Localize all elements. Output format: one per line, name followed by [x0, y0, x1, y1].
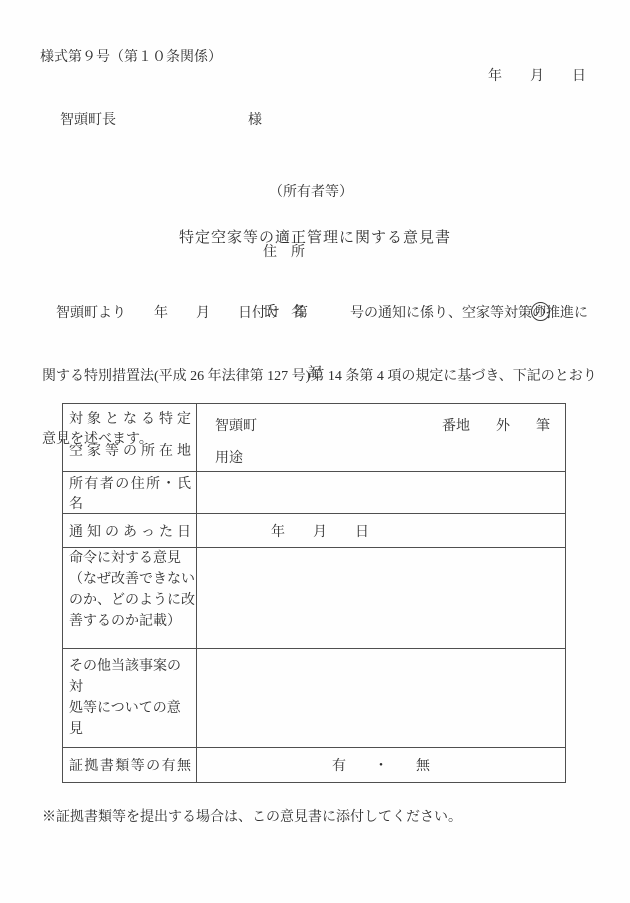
footnote: ※証拠書類等を提出する場合は、この意見書に添付してください。	[42, 806, 462, 826]
location-label-line2: 空家等の所在地	[69, 436, 191, 468]
order-opinion-label-line4: 善するのか記載）	[69, 611, 191, 632]
lot-suffix-group: 番地 外 筆	[442, 411, 550, 443]
order-opinion-value-cell	[197, 548, 565, 649]
notification-date-value-cell: 年 月 日	[197, 514, 565, 548]
evidence-value-cell: 有 ・ 無	[197, 748, 565, 782]
form-number: 様式第９号（第１０条関係）	[40, 46, 222, 66]
record-mark: 記	[0, 362, 630, 382]
addressee-honorific: 様	[248, 109, 262, 129]
addressee-line: 智頭町長 様	[60, 109, 262, 129]
order-opinion-label-line1: 命令に対する意見	[69, 548, 191, 569]
body-line-1: 智頭町より 年 月 日付け 第 号の通知に係り、空家等対策の推進に	[42, 303, 590, 324]
document-title: 特定空家等の適正管理に関する意見書	[0, 226, 630, 247]
evidence-label: 証拠書類等の有無	[69, 755, 191, 775]
parcel-count-label: 筆	[536, 411, 550, 443]
other-lots-label: 外	[496, 411, 510, 443]
order-opinion-label-cell: 命令に対する意見 （なぜ改善できない のか、どのように改 善するのか記載）	[63, 548, 197, 649]
lot-number-label: 番地	[442, 411, 470, 443]
other-opinion-label-line1: その他当該事案の対	[69, 656, 191, 698]
evidence-label-cell: 証拠書類等の有無	[63, 748, 197, 782]
order-opinion-label-line3: のか、どのように改	[69, 590, 191, 611]
location-line1: 智頭町 番地 外 筆	[215, 411, 550, 443]
addressee-name: 智頭町長	[60, 109, 116, 129]
document-page: 様式第９号（第１０条関係） 年 月 日 智頭町長 様 （所有者等） 住 所 氏 …	[0, 0, 630, 903]
owner-value-cell	[197, 472, 565, 514]
location-label-cell: 対象となる特定 空家等の所在地	[63, 404, 197, 472]
notification-date-label-cell: 通知のあった日	[63, 514, 197, 548]
owner-label-cell: 所有者の住所・氏名	[63, 472, 197, 514]
other-opinion-label-cell: その他当該事案の対 処等についての意見	[63, 649, 197, 748]
opinion-form-table: 対象となる特定 空家等の所在地 智頭町 番地 外 筆 用途 所有者の住所・氏名 …	[62, 403, 566, 783]
other-opinion-label-line2: 処等についての意見	[69, 698, 191, 740]
location-value-cell: 智頭町 番地 外 筆 用途	[197, 404, 565, 472]
usage-label: 用途	[215, 443, 550, 472]
notification-date-label: 通知のあった日	[69, 521, 191, 541]
sender-heading: （所有者等）	[263, 181, 560, 201]
owner-label: 所有者の住所・氏名	[69, 473, 191, 513]
order-opinion-label-line2: （なぜ改善できない	[69, 569, 191, 590]
town-name: 智頭町	[215, 411, 257, 443]
other-opinion-value-cell	[197, 649, 565, 748]
date-line: 年 月 日	[0, 65, 586, 85]
location-label-line1: 対象となる特定	[69, 404, 191, 436]
